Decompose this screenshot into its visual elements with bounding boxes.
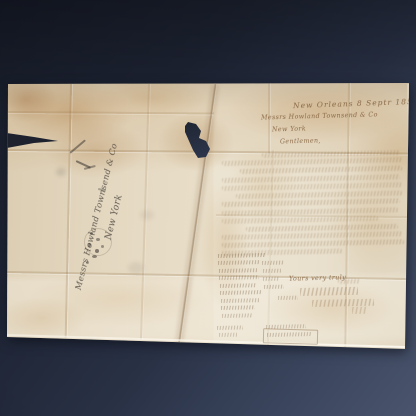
fold-crease-horizontal-upperleft: [8, 111, 214, 114]
ink-stroke: [222, 313, 252, 318]
ink-mark: [76, 160, 91, 169]
ink-stroke: [222, 216, 378, 224]
ink-stroke: [278, 296, 298, 300]
ink-mark: [56, 168, 66, 176]
ink-stroke: [263, 277, 279, 281]
left-edge-tear: [7, 132, 59, 149]
postmark-and-pencil-marks: [0, 0, 416, 416]
ink-stroke: [264, 285, 284, 289]
ink-stroke: [222, 198, 400, 206]
letter-valediction: Yours very truly: [289, 274, 346, 282]
ink-stroke: [217, 325, 243, 330]
tear-hole: [184, 121, 212, 160]
letter-signature: [0, 0, 416, 416]
fold-crease-vertical-right-low: [267, 150, 274, 348]
ink-stroke: [240, 166, 402, 174]
ink-stroke: [222, 157, 402, 165]
ink-stroke: [218, 260, 260, 265]
account-values-column: [0, 0, 416, 416]
ink-stroke: [219, 275, 259, 280]
letter-body-ink-lines: [0, 0, 416, 416]
ink-stroke: [222, 182, 402, 190]
ink-stroke: [246, 224, 398, 232]
letter-dateline: New Orleans 8 Septr 1850: [293, 97, 416, 110]
address-panel: Messrs Howland Townsend & Co New York: [74, 110, 186, 305]
letter-recipient-city: New York: [272, 126, 306, 134]
ink-stroke: [219, 268, 257, 273]
ink-stroke: [222, 231, 402, 239]
letter-salutation: Gentlemen,: [280, 137, 321, 145]
ink-stroke: [300, 287, 358, 296]
ink-stroke: [220, 283, 256, 288]
letter-recipient-line: Messrs Howland Townsend & Co: [261, 111, 378, 121]
boxed-docket-note: [263, 328, 318, 344]
ink-stroke: [222, 207, 398, 215]
ink-stroke: [219, 333, 237, 337]
photo-of-antique-letter: Messrs Howland Townsend & Co New York Ne…: [0, 0, 416, 416]
paper-bottom-edge-highlight: [7, 334, 405, 348]
ink-stroke: [236, 191, 402, 199]
ink-mark: [84, 165, 96, 170]
ink-stroke: [222, 239, 404, 247]
postscript-notes: [0, 0, 416, 416]
letter-paper: Messrs Howland Townsend & Co New York Ne…: [0, 0, 416, 416]
ink-stroke: [312, 299, 374, 307]
letter-paper-wrapper: Messrs Howland Townsend & Co New York Ne…: [0, 0, 416, 416]
fold-crease-vertical-far-right: [344, 83, 350, 349]
ink-stroke: [262, 261, 284, 265]
ink-stroke: [220, 290, 262, 295]
fold-crease-vertical-left: [65, 84, 72, 338]
ink-stroke: [352, 307, 366, 314]
fold-crease-horizontal-mid-right: [216, 214, 408, 218]
ink-stroke: [262, 150, 400, 157]
ink-stroke: [222, 248, 342, 255]
fold-creases: [0, 0, 416, 416]
ink-stroke: [222, 174, 400, 182]
center-fold-shadow: [174, 84, 220, 351]
ink-stroke: [221, 298, 259, 303]
ink-stroke: [263, 269, 281, 273]
ink-stroke: [221, 305, 255, 310]
ink-mark: [69, 139, 86, 153]
ink-stroke: [218, 253, 266, 258]
account-list: [0, 0, 416, 416]
paper-right-edge-highlight: [407, 84, 413, 348]
center-fold-crease: [177, 84, 217, 350]
